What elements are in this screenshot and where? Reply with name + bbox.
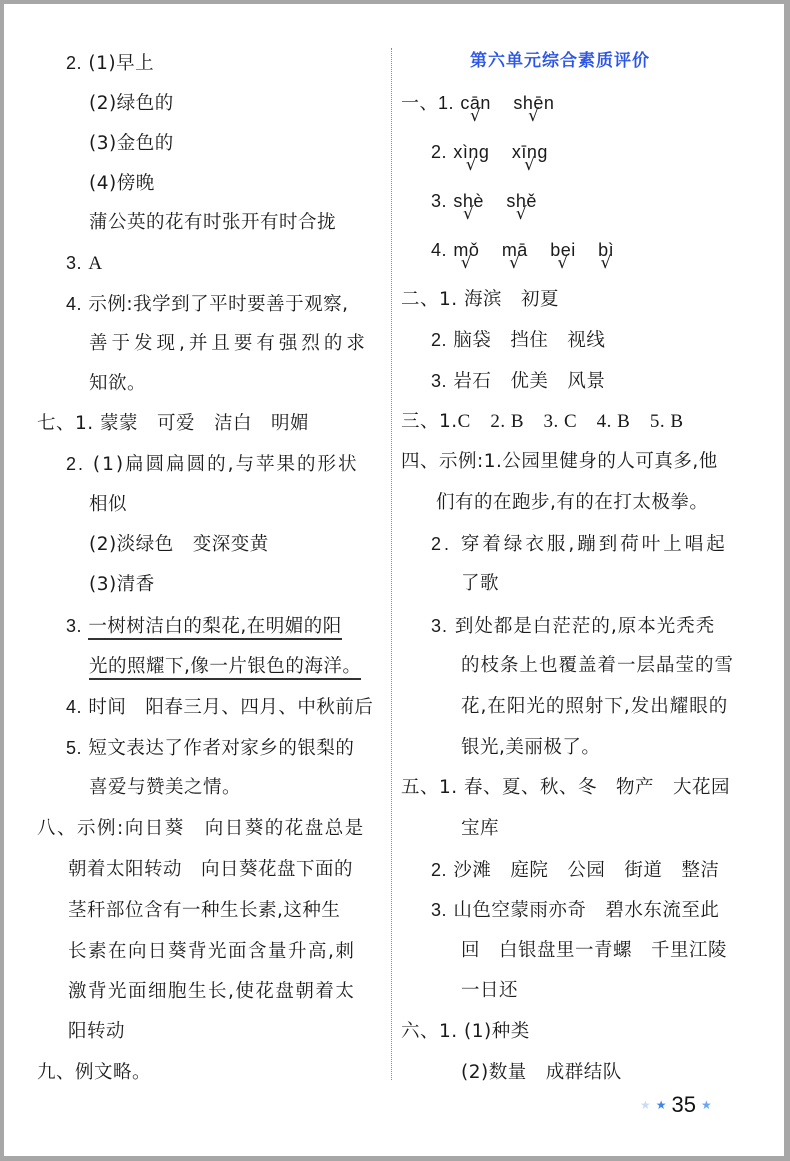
section-eight-line: 八、示例:向日葵 向日葵的花盘总是 [37, 816, 365, 842]
answer-line: 喜爱与赞美之情。 [89, 775, 241, 801]
pinyin-word: shè√ [453, 188, 484, 214]
section-four-line: 四、示例:1.公园里健身的人可真多,他 [401, 449, 718, 475]
pinyin-row: 4. mǒ√ mā√ bei√ bì√ [431, 237, 630, 264]
answer-line: 光的照耀下,像一片银色的海洋。 [89, 654, 361, 680]
check-mark-icon: √ [524, 157, 535, 174]
star-icon: ★ [656, 1099, 667, 1111]
answer-line: (2)绿色的 [89, 91, 174, 117]
answer-line: 长素在向日葵背光面含量升高,刺 [68, 939, 355, 965]
answer-line: 花,在阳光的照射下,发出耀眼的 [461, 694, 728, 720]
section-six-line: 六、1. (1)种类 [401, 1019, 530, 1045]
star-icon: ★ [640, 1099, 651, 1111]
answer-line: 4. 示例:我学到了平时要善于观察, [66, 291, 349, 318]
answer-line: 了歌 [461, 571, 499, 597]
section-three-line: 三、1.C 2. B 3. C 4. B 5. B [401, 409, 684, 435]
answer-line: (4)傍晚 [89, 171, 155, 197]
answer-line: 知欲。 [89, 371, 146, 397]
star-icon: ★ [701, 1099, 712, 1111]
answer-line: 一日还 [461, 978, 518, 1004]
page-number: ★ ★ 35 ★ [640, 1092, 712, 1118]
answer-line: 回 白银盘里一青螺 千里江陵 [461, 938, 727, 964]
check-mark-icon: √ [461, 255, 472, 272]
answer-line: 们有的在跑步,有的在打太极拳。 [436, 490, 708, 516]
pinyin-word: xìng√ [453, 139, 489, 165]
answer-key-page: 2. (1)早上 (2)绿色的 (3)金色的 (4)傍晚 蒲公英的花有时张开有时… [4, 4, 784, 1156]
pinyin-word: shě√ [506, 188, 537, 214]
section-two-line: 二、1. 海滨 初夏 [401, 287, 559, 313]
pinyin-row: 3. shè√ shě√ [431, 188, 553, 215]
answer-line: 2. (1)扁圆扁圆的,与苹果的形状 [66, 451, 359, 478]
pinyin-word: mā√ [502, 237, 528, 263]
answer-line: 朝着太阳转动 向日葵花盘下面的 [68, 857, 353, 883]
answer-line: (2)数量 成群结队 [461, 1060, 622, 1086]
section-five-line: 五、1. 春、夏、秋、冬 物产 大花园 [401, 775, 730, 801]
check-mark-icon: √ [528, 108, 539, 125]
check-mark-icon: √ [470, 108, 481, 125]
answer-line: 宝库 [461, 816, 499, 842]
check-mark-icon: √ [516, 206, 527, 223]
pinyin-word: shēn√ [513, 90, 554, 116]
section-nine-line: 九、例文略。 [37, 1060, 151, 1086]
check-mark-icon: √ [466, 157, 477, 174]
page-number-text: 35 [672, 1092, 696, 1118]
section-seven-line: 七、1. 蒙蒙 可爱 洁白 明媚 [37, 411, 309, 437]
check-mark-icon: √ [463, 206, 474, 223]
check-mark-icon: √ [509, 255, 520, 272]
section-title: 第六单元综合素质评价 [470, 46, 650, 71]
pinyin-row: 一、1. cān√ shēn√ [401, 90, 570, 117]
answer-line: 2. (1)早上 [66, 50, 154, 77]
answer-line: (3)清香 [89, 572, 155, 598]
answer-line: 5. 短文表达了作者对家乡的银梨的 [66, 735, 354, 762]
answer-line: (2)淡绿色 变深变黄 [89, 532, 269, 558]
underlined-answer: 光的照耀下,像一片银色的海洋。 [89, 656, 361, 680]
answer-line: 3. 到处都是白茫茫的,原本光秃秃 [431, 613, 715, 640]
answer-line: 阳转动 [68, 1019, 125, 1045]
pinyin-word: bei√ [550, 237, 576, 263]
check-mark-icon: √ [600, 255, 611, 272]
answer-line: 蒲公英的花有时张开有时合拢 [89, 210, 336, 236]
answer-line: 银光,美丽极了。 [461, 735, 600, 761]
answer-line: 3. 一树树洁白的梨花,在明媚的阳 [66, 613, 342, 640]
answer-line: 3. 岩石 优美 风景 [431, 368, 605, 395]
column-divider [391, 48, 392, 1080]
answer-line: 2. 穿着绿衣服,蹦到荷叶上唱起 [431, 531, 728, 558]
pinyin-word: mǒ√ [453, 237, 479, 263]
check-mark-icon: √ [557, 255, 568, 272]
answer-line: 善于发现,并且要有强烈的求 [89, 331, 369, 357]
answer-line: 3. 山色空蒙雨亦奇 碧水东流至此 [431, 897, 719, 924]
pinyin-row: 2. xìng√ xīng√ [431, 139, 564, 166]
answer-line: 的枝条上也覆盖着一层晶莹的雪 [461, 653, 734, 679]
underlined-answer: 一树树洁白的梨花,在明媚的阳 [88, 616, 341, 640]
pinyin-word: cān√ [460, 90, 491, 116]
pinyin-word: bì√ [598, 237, 614, 263]
answer-line: 茎秆部位含有一种生长素,这种生 [68, 898, 340, 924]
answer-line: 激背光面细胞生长,使花盘朝着太 [68, 979, 355, 1005]
answer-line: 2. 脑袋 挡住 视线 [431, 327, 605, 354]
pinyin-word: xīng√ [512, 139, 548, 165]
answer-line: (3)金色的 [89, 131, 174, 157]
answer-line: 4. 时间 阳春三月、四月、中秋前后 [66, 694, 373, 721]
answer-line: 2. 沙滩 庭院 公园 街道 整洁 [431, 857, 719, 884]
answer-line: 3. A [66, 250, 103, 277]
answer-line: 相似 [89, 492, 127, 518]
